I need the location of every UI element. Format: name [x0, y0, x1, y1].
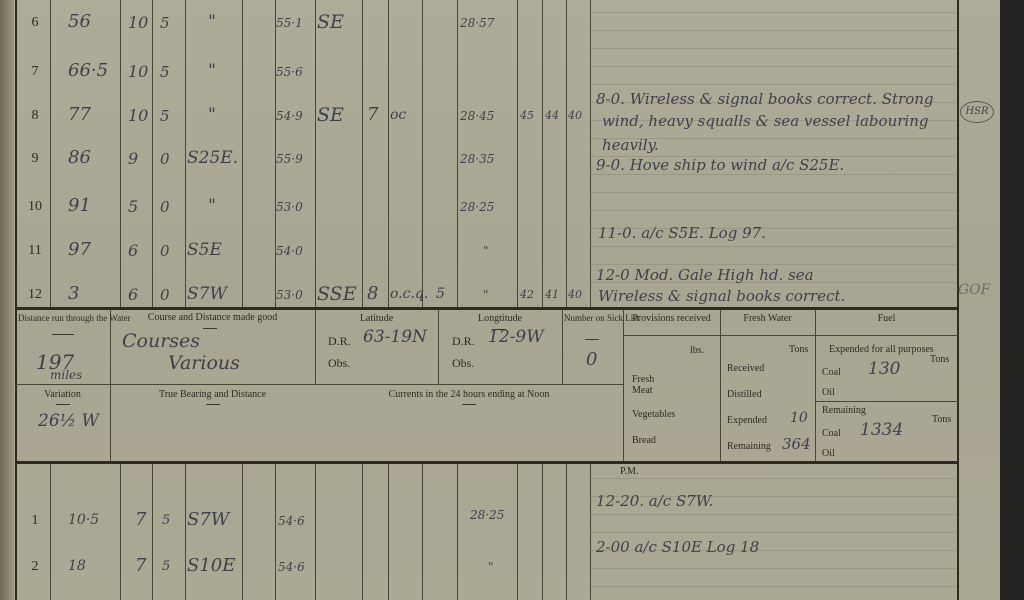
- right-border: [957, 0, 959, 600]
- cell-log: 3: [68, 283, 79, 304]
- cell-bar-col: 54·0: [276, 244, 303, 258]
- column-rule: [185, 464, 186, 600]
- remark-line: Wireless & signal books correct.: [598, 287, 845, 305]
- course-label: Course and Distance made good: [110, 312, 315, 323]
- row-hour: 11: [20, 243, 50, 259]
- cell-tenths: 0: [160, 242, 170, 260]
- water-received-label: Received: [727, 363, 764, 374]
- cell-course: S7W: [187, 509, 229, 530]
- cell-dry: 45: [520, 109, 534, 122]
- remark-line: 12-0 Mod. Gale High hd. sea: [596, 266, 814, 284]
- cell-log: 18: [68, 558, 86, 574]
- remark-line: heavily.: [602, 136, 659, 154]
- scan-border: [1000, 0, 1024, 600]
- cell-wind-dir: SSE: [317, 283, 357, 305]
- provisions-unit: lbs.: [690, 345, 704, 356]
- cell-knots: 10: [128, 13, 148, 32]
- column-rule: [120, 464, 121, 600]
- remark-line: wind, heavy squalls & sea vessel labouri…: [602, 112, 928, 130]
- cell-tenths: 0: [160, 198, 170, 216]
- distance-unit: miles: [50, 368, 82, 382]
- column-rule: [120, 0, 121, 307]
- fuel-oil-label: Oil: [822, 387, 835, 398]
- lat-dr-value: 63-19N: [363, 327, 427, 347]
- column-rule: [50, 0, 51, 307]
- fuel-label: Fuel: [815, 313, 958, 324]
- cell-dry: 42: [520, 288, 534, 301]
- pm-label: P.M.: [620, 466, 638, 477]
- row-hour: 6: [20, 15, 50, 31]
- cell-knots: 10: [128, 106, 148, 125]
- course-value-2: Various: [168, 352, 240, 374]
- column-rule: [50, 464, 51, 600]
- lon-dr-label: D.R.: [452, 334, 475, 349]
- initials-stamp: HSR: [960, 101, 994, 123]
- column-rule: [566, 0, 567, 307]
- cell-bar-col: 54·6: [278, 514, 305, 528]
- cell-knots: 10: [128, 62, 148, 81]
- distance-label: Distance run through the Water: [18, 313, 108, 323]
- cell-log: 10·5: [68, 512, 99, 528]
- column-rule: [388, 0, 389, 307]
- sick-list-label: Number on Sick List: [564, 313, 622, 323]
- lat-obs-label: Obs.: [328, 356, 350, 371]
- cell-knots: 7: [135, 509, 146, 530]
- water-remaining-label: Remaining: [727, 441, 771, 452]
- cell-weather: oc: [390, 107, 406, 123]
- cell-tenths: 0: [160, 150, 170, 168]
- cell-bar-col: 55·6: [276, 65, 303, 79]
- cell-barometer: 28·25: [460, 200, 494, 214]
- cell-barometer: 28·35: [460, 152, 494, 166]
- remark-line: 11-0. a/c S5E. Log 97.: [598, 224, 766, 242]
- column-rule: [422, 464, 423, 600]
- margin-initials: GOF: [958, 282, 990, 298]
- cell-bar-col: 53·0: [276, 288, 303, 302]
- cell-tenths: 5: [160, 107, 170, 125]
- provision-fresh-meat: Fresh Meat: [632, 374, 672, 396]
- cell-knots: 9: [128, 149, 138, 168]
- column-rule: [517, 464, 518, 600]
- column-rule: [388, 464, 389, 600]
- cell-log: 97: [68, 239, 91, 260]
- column-rule: [152, 464, 153, 600]
- cell-force: 8: [367, 283, 378, 304]
- cell-barometer: ": [483, 244, 489, 258]
- water-remaining-value: 364: [782, 435, 811, 453]
- cell-weather: o.c.q.: [390, 286, 428, 302]
- column-rule: [242, 0, 243, 307]
- cell-bar-col: 55·1: [276, 16, 303, 30]
- cell-bar-col: 55·9: [276, 152, 303, 166]
- column-rule: [185, 0, 186, 307]
- column-rule: [422, 0, 423, 307]
- fuel-coal-expended: 130: [868, 359, 900, 379]
- longitude-label: Longtitude: [438, 313, 562, 324]
- column-rule: [362, 464, 363, 600]
- remark-line: 8-0. Wireless & signal books correct. St…: [596, 90, 934, 108]
- cell-tenths: 0: [160, 286, 170, 304]
- column-rule: [315, 0, 316, 307]
- column-rule: [362, 0, 363, 307]
- cell-course: ": [208, 196, 216, 216]
- cell-log: 77: [68, 104, 91, 125]
- cell-course: S25E.: [187, 148, 238, 168]
- fuel-coal-remaining: 1334: [860, 420, 903, 440]
- cell-bar-col: 53·0: [276, 200, 303, 214]
- cell-log: 56: [68, 11, 91, 32]
- column-rule: [590, 0, 591, 307]
- fuel-coal-label: Coal: [822, 367, 841, 378]
- fuel-coal-remaining-label: Coal: [822, 428, 841, 439]
- cell-wet: 41: [545, 288, 559, 301]
- cell-sea: 40: [568, 288, 582, 301]
- cell-barometer: 28·45: [460, 109, 494, 123]
- provision-bread: Bread: [632, 435, 656, 446]
- latitude-label: Latitude: [315, 313, 438, 324]
- cell-course: ": [208, 12, 216, 32]
- cell-knots: 6: [128, 285, 138, 304]
- left-border: [15, 0, 17, 600]
- cell-knots: 5: [128, 197, 138, 216]
- fuel-expended-unit: Tons: [930, 354, 949, 365]
- water-expended-label: Expended: [727, 415, 767, 426]
- cell-barometer: 28·57: [460, 16, 494, 30]
- cell-wet: 44: [545, 109, 559, 122]
- cell-course: ": [208, 61, 216, 81]
- cell-barometer: ": [483, 288, 489, 302]
- fresh-water-label: Fresh Water: [720, 313, 815, 324]
- lat-dr-label: D.R.: [328, 334, 351, 349]
- column-rule: [590, 464, 591, 600]
- cell-course: S5E: [187, 240, 222, 260]
- column-rule: [457, 464, 458, 600]
- remark-line: 12-20. a/c S7W.: [596, 492, 713, 510]
- cell-tenths: 5: [160, 63, 170, 81]
- cell-barometer: ": [488, 560, 494, 574]
- cell-cloud: 5: [436, 286, 445, 302]
- cell-course: S7W: [187, 284, 227, 304]
- column-rule: [315, 464, 316, 600]
- binding-edge: [0, 0, 14, 600]
- column-rule: [152, 0, 153, 307]
- cell-log: 66·5: [68, 60, 108, 81]
- row-hour: 10: [20, 199, 50, 215]
- row-hour: 9: [20, 151, 50, 167]
- fuel-remaining-label: Remaining: [822, 405, 866, 416]
- summary-bottom-border: [15, 461, 958, 464]
- cell-course: S10E: [187, 555, 235, 576]
- cell-sea: 40: [568, 109, 582, 122]
- variation-label: Variation: [15, 389, 110, 400]
- cell-course: ": [208, 105, 216, 125]
- row-hour: 8: [20, 108, 50, 124]
- sick-list-value: 0: [586, 349, 597, 370]
- cell-knots: 6: [128, 241, 138, 260]
- bearing-label: True Bearing and Distance: [110, 389, 315, 400]
- cell-log: 86: [68, 147, 91, 168]
- remark-line: 2-00 a/c S10E Log 18: [596, 538, 759, 556]
- currents-label: Currents in the 24 hours ending at Noon: [315, 389, 623, 400]
- column-rule: [542, 0, 543, 307]
- cell-wind-dir: SE: [317, 104, 344, 126]
- variation-value: 26½ W: [38, 411, 99, 431]
- provision-vegetables: Vegetables: [632, 409, 675, 420]
- column-rule: [517, 0, 518, 307]
- cell-wind-dir: SE: [317, 11, 344, 33]
- column-rule: [242, 464, 243, 600]
- course-value: Courses: [122, 330, 200, 352]
- fuel-expended-label: Expended for all purposes: [829, 344, 934, 355]
- row-hour: 1: [20, 513, 50, 529]
- row-hour: 12: [20, 287, 50, 303]
- row-hour: 7: [20, 64, 50, 80]
- provisions-label: Provisions received: [623, 313, 720, 324]
- column-rule: [542, 464, 543, 600]
- cell-barometer: 28·25: [470, 508, 504, 522]
- summary-top-border: [15, 307, 958, 310]
- cell-log: 91: [68, 195, 91, 216]
- cell-tenths: 5: [162, 559, 170, 574]
- column-rule: [275, 464, 276, 600]
- water-expended-value: 10: [790, 410, 808, 426]
- cell-bar-col: 54·6: [278, 560, 305, 574]
- fuel-remaining-unit: Tons: [932, 414, 951, 425]
- column-rule: [566, 464, 567, 600]
- water-distilled-label: Distilled: [727, 389, 761, 400]
- row-hour: 2: [20, 559, 50, 575]
- fuel-oil-remaining-label: Oil: [822, 448, 835, 459]
- remark-line: 9-0. Hove ship to wind a/c S25E.: [596, 156, 844, 174]
- cell-force: 7: [367, 104, 378, 125]
- lon-dr-value: 12-9W: [488, 327, 544, 347]
- cell-bar-col: 54·9: [276, 109, 303, 123]
- cell-tenths: 5: [160, 14, 170, 32]
- cell-tenths: 5: [162, 513, 170, 528]
- column-rule: [457, 0, 458, 307]
- cell-knots: 7: [135, 555, 146, 576]
- lon-obs-label: Obs.: [452, 356, 474, 371]
- fresh-water-unit: Tons: [789, 344, 808, 355]
